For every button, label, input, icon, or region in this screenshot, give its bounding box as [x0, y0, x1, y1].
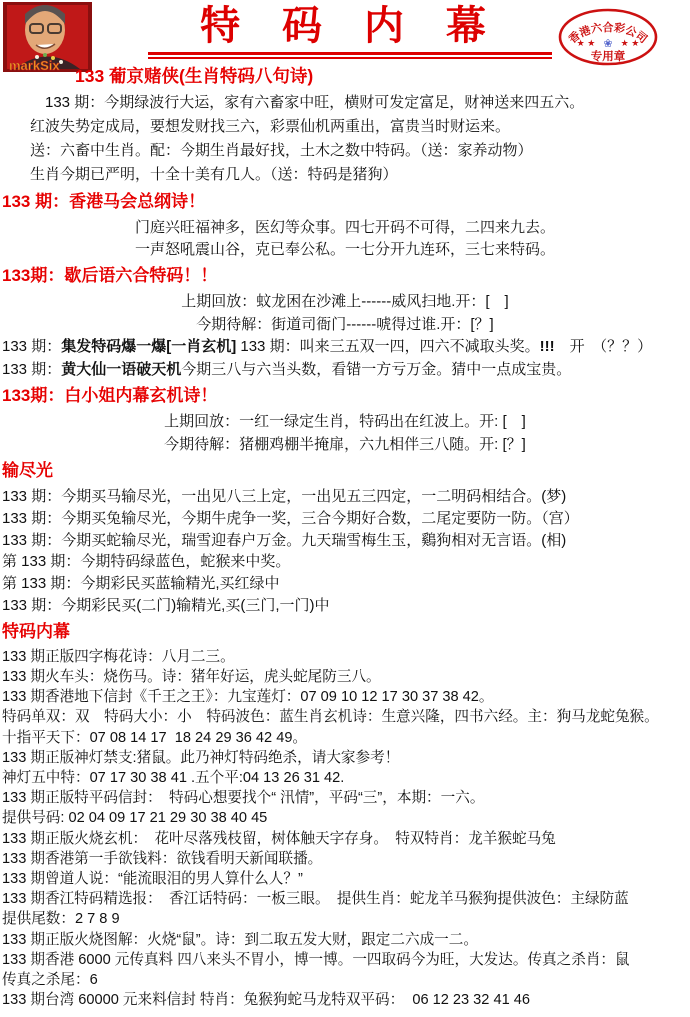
text-line: 送：六畜中生肖。配：今期生肖最好找，土木之数中特码。（送：家养动物） — [30, 139, 690, 163]
text-line: 133 期正版火烧图解：火烧“鼠”。诗：到二取五发大财，跟定二六成一二。 — [2, 930, 690, 950]
section-heading: 133期：白小姐内幕玄机诗！ — [2, 386, 690, 406]
seal-stars-left: ★ ★ — [577, 38, 596, 48]
text-line: 133 期香港 6000 元传真料 四八来头不胃小，博一博。一四取码今为旺，大发… — [2, 950, 690, 970]
section: 133期：白小姐内幕玄机诗！上期回放：一红一绿定生肖，特码出在红波上。开: [ … — [0, 386, 690, 456]
text-line: 十指平天下：07 08 14 17 18 24 29 36 42 49。 — [2, 728, 690, 748]
text-line: 特码单双：双 特码大小：小 特码波色：蓝生肖玄机诗：生意兴隆，四书六经。主：狗马… — [2, 707, 690, 727]
section: 133期：歇后语六合特码！！上期回放：蚊龙困在沙滩上------威风扫地.开：[… — [0, 266, 690, 381]
text-segment: 今期三八与六当头数，看错一方亏万金。猜中一点成宝贵。 — [181, 361, 571, 378]
text-line: 提供尾数：2 7 8 9 — [2, 909, 690, 929]
text-segment-bold: !!! — [540, 338, 555, 355]
text-line: 133 期正版神灯禁支:猪鼠。此乃神灯特码绝杀，请大家参考！ — [2, 748, 690, 768]
company-seal: 香港六合彩公司 ★ ★ ❀ ★ ★ 专用章 — [556, 6, 660, 73]
text-line: 133 期：今期买马输尽光，一出见八三上定，一出见五三四定，一二明码相结合。(梦… — [2, 486, 690, 508]
text-line: 今期待解：街道司衙门------唬得过谁.开：[？] — [0, 314, 690, 337]
section: 特码内幕133 期正版四字梅花诗：八月二三。133 期火车头：烧伤马。诗：猪年好… — [0, 622, 690, 1011]
text-line: 133 期：集发特码爆一爆[一肖玄机] 133 期：叫来三五双一四，四六不减取头… — [2, 336, 690, 359]
text-line: 133 期：今期买兔输尽光，今期牛虎争一奖，三合今期好合数，二尾定要防一防。（宫… — [2, 508, 690, 530]
text-line: 133 期：黄大仙一语破天机今期三八与六当头数，看错一方亏万金。猜中一点成宝贵。 — [2, 359, 690, 382]
text-line: 门庭兴旺福神多，医幻等众事。四七开码不可得，二四来九去。 — [0, 217, 690, 239]
text-line: 上期回放：一红一绿定生肖，特码出在红波上。开: [ ] — [0, 411, 690, 434]
text-segment-bold: 黄大仙一语破天机 — [61, 361, 181, 378]
text-line: 133 期台湾 60000 元来料信封 特肖：兔猴狗蛇马龙特双平码： 06 12… — [2, 990, 690, 1010]
text-line: 提供号码: 02 04 09 17 21 29 30 38 40 45 — [2, 808, 690, 828]
text-line: 红波失势定成局，要想发财找三六，彩票仙机两重出，富贵当时财运来。 — [30, 115, 690, 139]
seal-stars-right: ★ ★ — [621, 38, 640, 48]
text-line: 传真之杀尾：6 — [2, 970, 690, 990]
text-line: 今期待解：猪棚鸡棚半掩扉，六九相伴三八随。开: [？] — [0, 434, 690, 457]
page: { "colors": { "title_red": "#dd0000", "h… — [0, 0, 690, 1017]
text-line: 133 期香港地下信封《千王之王》：九宝莲灯：07 09 10 12 17 30… — [2, 687, 690, 707]
text-line: 一声怒吼震山谷，克已奉公私。一七分开九连环，三七来特码。 — [0, 239, 690, 261]
text-segment: 133 期： — [2, 361, 61, 378]
text-line: 133 期：今期绿波行大运，家有六畜家中旺，横财可发定富足，财神送来四五六。 — [45, 91, 690, 115]
content: 133 葡京赌侠(生肖特码八句诗)133 期：今期绿波行大运，家有六畜家中旺，横… — [0, 66, 690, 1010]
text-segment: 133 期：叫来三五双一四，四六不减取头奖。 — [236, 338, 539, 355]
section-heading: 133 葡京赌侠(生肖特码八句诗) — [75, 66, 690, 86]
section: 133 葡京赌侠(生肖特码八句诗)133 期：今期绿波行大运，家有六畜家中旺，横… — [0, 66, 690, 187]
text-line: 神灯五中特：07 17 30 38 41 .五个平:04 13 26 31 42… — [2, 768, 690, 788]
title-underline-thin — [148, 57, 552, 59]
text-line: 133 期香江特码精选报： 香江话特码：一板三眼。 提供生肖：蛇龙羊马猴狗提供波… — [2, 889, 690, 909]
person-photo: markSix — [3, 2, 92, 72]
text-line: 133 期正版四字梅花诗：八月二三。 — [2, 647, 690, 667]
masthead: 特 码 内 幕 — [148, 2, 552, 59]
section: 输尽光133 期：今期买马输尽光，一出见八三上定，一出见五三四定，一二明码相结合… — [0, 461, 690, 617]
text-line: 133 期火车头：烧伤马。诗：猪年好运，虎头蛇尾防三八。 — [2, 667, 690, 687]
section: 133 期：香港马会总纲诗！门庭兴旺福神多，医幻等众事。四七开码不可得，二四来九… — [0, 192, 690, 261]
section-heading: 133 期：香港马会总纲诗！ — [2, 192, 690, 212]
text-line: 上期回放：蚊龙困在沙滩上------威风扫地.开：[ ] — [0, 291, 690, 314]
text-line: 133 期正版特平码信封： 特码心想要找个“ 汛情”，平码“三”，本期：一六。 — [2, 788, 690, 808]
section-heading: 133期：歇后语六合特码！！ — [2, 266, 690, 286]
text-line: 133 期曾道人说：“能流眼泪的男人算什么人？” — [2, 869, 690, 889]
text-segment-bold: 集发特码爆一爆[一肖玄机] — [61, 338, 236, 355]
text-line: 133 期：今期彩民买(二门)输精光,买(三门,一门)中 — [2, 595, 690, 617]
text-segment: 开 （？？） — [555, 338, 653, 355]
text-line: 第 133 期：今期特码绿蓝色，蛇猴来中奖。 — [2, 551, 690, 573]
seal-label: 专用章 — [591, 49, 626, 63]
section-heading: 特码内幕 — [2, 622, 690, 642]
text-segment: 133 期： — [2, 338, 61, 355]
text-line: 第 133 期：今期彩民买蓝输精光,买红绿中 — [2, 573, 690, 595]
title-underline-thick — [148, 52, 552, 55]
person-photo-image: markSix — [3, 2, 92, 72]
section-heading: 输尽光 — [2, 461, 690, 481]
company-seal-image: 香港六合彩公司 ★ ★ ❀ ★ ★ 专用章 — [556, 6, 660, 68]
page-title: 特 码 内 幕 — [148, 2, 552, 50]
text-line: 133 期：今期买蛇输尽光，瑞雪迎春户万金。九天瑞雪梅生玉，鷄狗相对无言语。(相… — [2, 530, 690, 552]
text-line: 133 期正版火烧玄机： 花叶尽落残枝留，树体触天字存身。 特双特肖：龙羊猴蛇马… — [2, 829, 690, 849]
text-line: 133 期香港第一手欲钱料：欲钱看明天新闻联播。 — [2, 849, 690, 869]
text-line: 生肖今期已严明，十全十美有几人。（送：特码是猪狗） — [30, 163, 690, 187]
seal-flower-icon: ❀ — [603, 38, 612, 50]
